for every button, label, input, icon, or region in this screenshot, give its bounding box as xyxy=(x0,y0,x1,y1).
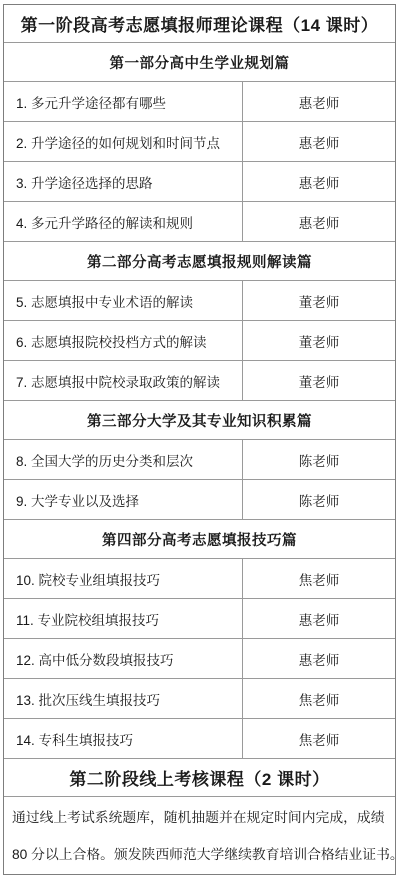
lesson-teacher: 惠老师 xyxy=(243,82,395,121)
lesson-topic: 1. 多元升学途径都有哪些 xyxy=(4,82,243,121)
section-header-2: 第二部分高考志愿填报规则解读篇 xyxy=(4,242,395,281)
lesson-topic: 12. 高中低分数段填报技巧 xyxy=(4,639,243,678)
section-header-1: 第一部分高中生学业规划篇 xyxy=(4,43,395,82)
section-header-3: 第三部分大学及其专业知识积累篇 xyxy=(4,401,395,440)
stage1-title: 第一阶段高考志愿填报师理论课程（14 课时） xyxy=(4,5,395,43)
lesson-row: 13. 批次压线生填报技巧 焦老师 xyxy=(4,679,395,719)
section-header-4: 第四部分高考志愿填报技巧篇 xyxy=(4,520,395,559)
lesson-row: 10. 院校专业组填报技巧 焦老师 xyxy=(4,559,395,599)
lesson-topic: 6. 志愿填报院校投档方式的解读 xyxy=(4,321,243,360)
lesson-row: 12. 高中低分数段填报技巧 惠老师 xyxy=(4,639,395,679)
lesson-topic: 10. 院校专业组填报技巧 xyxy=(4,559,243,598)
lesson-row: 11. 专业院校组填报技巧 惠老师 xyxy=(4,599,395,639)
lesson-row: 7. 志愿填报中院校录取政策的解读 董老师 xyxy=(4,361,395,401)
lesson-teacher: 焦老师 xyxy=(243,679,395,718)
lesson-row: 8. 全国大学的历史分类和层次 陈老师 xyxy=(4,440,395,480)
lesson-row: 3. 升学途径选择的思路 惠老师 xyxy=(4,162,395,202)
lesson-topic: 5. 志愿填报中专业术语的解读 xyxy=(4,281,243,320)
lesson-teacher: 陈老师 xyxy=(243,440,395,479)
lesson-teacher: 陈老师 xyxy=(243,480,395,519)
lesson-topic: 3. 升学途径选择的思路 xyxy=(4,162,243,201)
lesson-teacher: 焦老师 xyxy=(243,559,395,598)
lesson-row: 14. 专科生填报技巧 焦老师 xyxy=(4,719,395,759)
stage2-description: 通过线上考试系统题库，随机抽题并在规定时间内完成，成绩 80 分以上合格。颁发陕… xyxy=(4,797,395,874)
lesson-topic: 11. 专业院校组填报技巧 xyxy=(4,599,243,638)
stage2-title: 第二阶段线上考核课程（2 课时） xyxy=(4,759,395,797)
lesson-row: 9. 大学专业以及选择 陈老师 xyxy=(4,480,395,520)
lesson-teacher: 焦老师 xyxy=(243,719,395,758)
stage2-description-line-1: 通过线上考试系统题库，随机抽题并在规定时间内完成，成绩 xyxy=(12,799,385,836)
lesson-teacher: 惠老师 xyxy=(243,162,395,201)
course-schedule-table: 第一阶段高考志愿填报师理论课程（14 课时） 第一部分高中生学业规划篇 1. 多… xyxy=(3,4,396,875)
lesson-row: 6. 志愿填报院校投档方式的解读 董老师 xyxy=(4,321,395,361)
lesson-row: 4. 多元升学路径的解读和规则 惠老师 xyxy=(4,202,395,242)
lesson-teacher: 惠老师 xyxy=(243,202,395,241)
lesson-topic: 13. 批次压线生填报技巧 xyxy=(4,679,243,718)
lesson-topic: 8. 全国大学的历史分类和层次 xyxy=(4,440,243,479)
lesson-teacher: 董老师 xyxy=(243,321,395,360)
lesson-teacher: 惠老师 xyxy=(243,122,395,161)
lesson-topic: 4. 多元升学路径的解读和规则 xyxy=(4,202,243,241)
lesson-teacher: 惠老师 xyxy=(243,599,395,638)
lesson-row: 1. 多元升学途径都有哪些 惠老师 xyxy=(4,82,395,122)
lesson-topic: 14. 专科生填报技巧 xyxy=(4,719,243,758)
lesson-row: 5. 志愿填报中专业术语的解读 董老师 xyxy=(4,281,395,321)
lesson-row: 2. 升学途径的如何规划和时间节点 惠老师 xyxy=(4,122,395,162)
lesson-topic: 7. 志愿填报中院校录取政策的解读 xyxy=(4,361,243,400)
lesson-topic: 9. 大学专业以及选择 xyxy=(4,480,243,519)
lesson-teacher: 惠老师 xyxy=(243,639,395,678)
lesson-teacher: 董老师 xyxy=(243,361,395,400)
lesson-teacher: 董老师 xyxy=(243,281,395,320)
stage2-description-line-2: 80 分以上合格。颁发陕西师范大学继续教育培训合格结业证书。 xyxy=(12,836,400,873)
lesson-topic: 2. 升学途径的如何规划和时间节点 xyxy=(4,122,243,161)
